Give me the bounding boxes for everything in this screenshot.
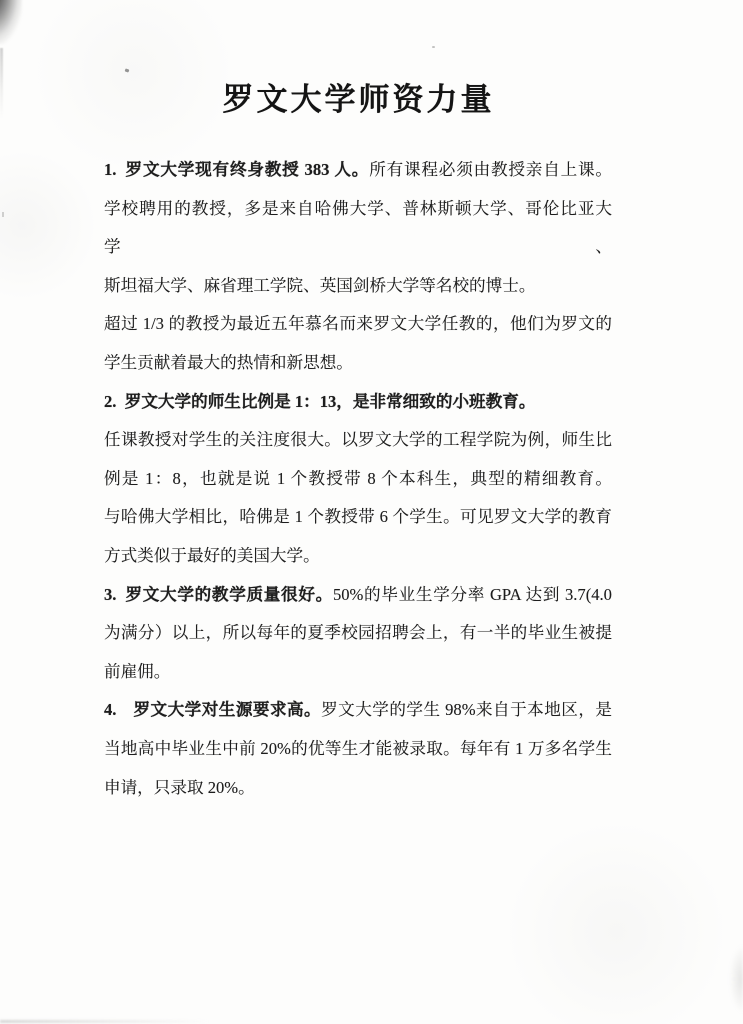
text-segment: 学生贡献着最大的热情和新思想。 xyxy=(104,353,353,372)
text-line: 超过 1/3 的教授为最近五年慕名而来罗文大学任教的，他们为罗文的 xyxy=(104,305,612,344)
scan-artifact-speck xyxy=(125,68,130,72)
text-line: 与哈佛大学相比，哈佛是 1 个教授带 6 个学生。可见罗文大学的教育 xyxy=(104,498,612,537)
text-line: 方式类似于最好的美国大学。 xyxy=(104,537,612,576)
document-body: 1. 罗文大学现有终身教授 383 人。所有课程必须由教授亲自上课。学校聘用的教… xyxy=(104,151,612,807)
scan-artifact-bottom-right-smudge xyxy=(729,944,743,1014)
text-line: 斯坦福大学、麻省理工学院、英国剑桥大学等名校的博士。 xyxy=(104,267,612,306)
text-segment: 方式类似于最好的美国大学。 xyxy=(104,546,320,565)
text-segment: 申请，只录取 20%。 xyxy=(104,778,255,797)
scan-artifact-bottom-smudge xyxy=(0,1020,210,1023)
text-segment: 3. 罗文大学的教学质量很好。 xyxy=(104,585,333,604)
text-segment: 任课教授对学生的关注度很大。以罗文大学的工程学院为例，师生比 xyxy=(104,430,612,449)
text-segment: 所有课程必须由教授亲自上课。 xyxy=(369,160,612,179)
text-line: 当地高中毕业生中前 20%的优等生才能被录取。每年有 1 万多名学生 xyxy=(104,730,612,769)
text-segment: 2. 罗文大学的师生比例是 1：13，是非常细致的小班教育。 xyxy=(104,392,535,411)
text-line: 例是 1：8，也就是说 1 个教授带 8 个本科生，典型的精细教育。 xyxy=(104,460,612,499)
text-line: 1. 罗文大学现有终身教授 383 人。所有课程必须由教授亲自上课。 xyxy=(104,151,612,190)
text-segment: 1. 罗文大学现有终身教授 383 人。 xyxy=(104,160,369,179)
text-segment: 为满分）以上，所以每年的夏季校园招聘会上，有一半的毕业生被提 xyxy=(104,623,612,642)
scanned-page: 罗文大学师资力量 1. 罗文大学现有终身教授 383 人。所有课程必须由教授亲自… xyxy=(0,0,743,1024)
text-segment: 学校聘用的教授，多是来自哈佛大学、普林斯顿大学、哥伦比亚大学、 xyxy=(104,199,612,257)
text-line: 申请，只录取 20%。 xyxy=(104,769,612,808)
text-line: 学生贡献着最大的热情和新思想。 xyxy=(104,344,612,383)
text-line: 为满分）以上，所以每年的夏季校园招聘会上，有一半的毕业生被提 xyxy=(104,614,612,653)
scan-artifact-speck xyxy=(2,212,4,217)
text-line: 4. 罗文大学对生源要求高。罗文大学的学生 98%来自于本地区，是 xyxy=(104,691,612,730)
text-line: 3. 罗文大学的教学质量很好。50%的毕业生学分率 GPA 达到 3.7(4.0 xyxy=(104,576,612,615)
text-segment: 4. 罗文大学对生源要求高。 xyxy=(104,700,321,719)
text-segment: 罗文大学的学生 98%来自于本地区，是 xyxy=(321,700,612,719)
scan-artifact-speck xyxy=(432,46,435,48)
text-segment: 超过 1/3 的教授为最近五年慕名而来罗文大学任教的，他们为罗文的 xyxy=(104,314,612,333)
text-segment: 前雇佣。 xyxy=(104,662,170,681)
text-line: 任课教授对学生的关注度很大。以罗文大学的工程学院为例，师生比 xyxy=(104,421,612,460)
text-line: 学校聘用的教授，多是来自哈佛大学、普林斯顿大学、哥伦比亚大学、 xyxy=(104,190,612,267)
text-segment: 50%的毕业生学分率 GPA 达到 3.7(4.0 xyxy=(333,585,612,604)
scan-artifact-corner-blot xyxy=(0,0,22,44)
text-segment: 斯坦福大学、麻省理工学院、英国剑桥大学等名校的博士。 xyxy=(104,276,535,295)
text-segment: 例是 1：8，也就是说 1 个教授带 8 个本科生，典型的精细教育。 xyxy=(104,469,612,488)
text-line: 前雇佣。 xyxy=(104,653,612,692)
text-segment: 与哈佛大学相比，哈佛是 1 个教授带 6 个学生。可见罗文大学的教育 xyxy=(104,507,612,526)
text-line: 2. 罗文大学的师生比例是 1：13，是非常细致的小班教育。 xyxy=(104,383,612,422)
text-segment: 当地高中毕业生中前 20%的优等生才能被录取。每年有 1 万多名学生 xyxy=(104,739,612,758)
document-title: 罗文大学师资力量 xyxy=(0,74,743,119)
